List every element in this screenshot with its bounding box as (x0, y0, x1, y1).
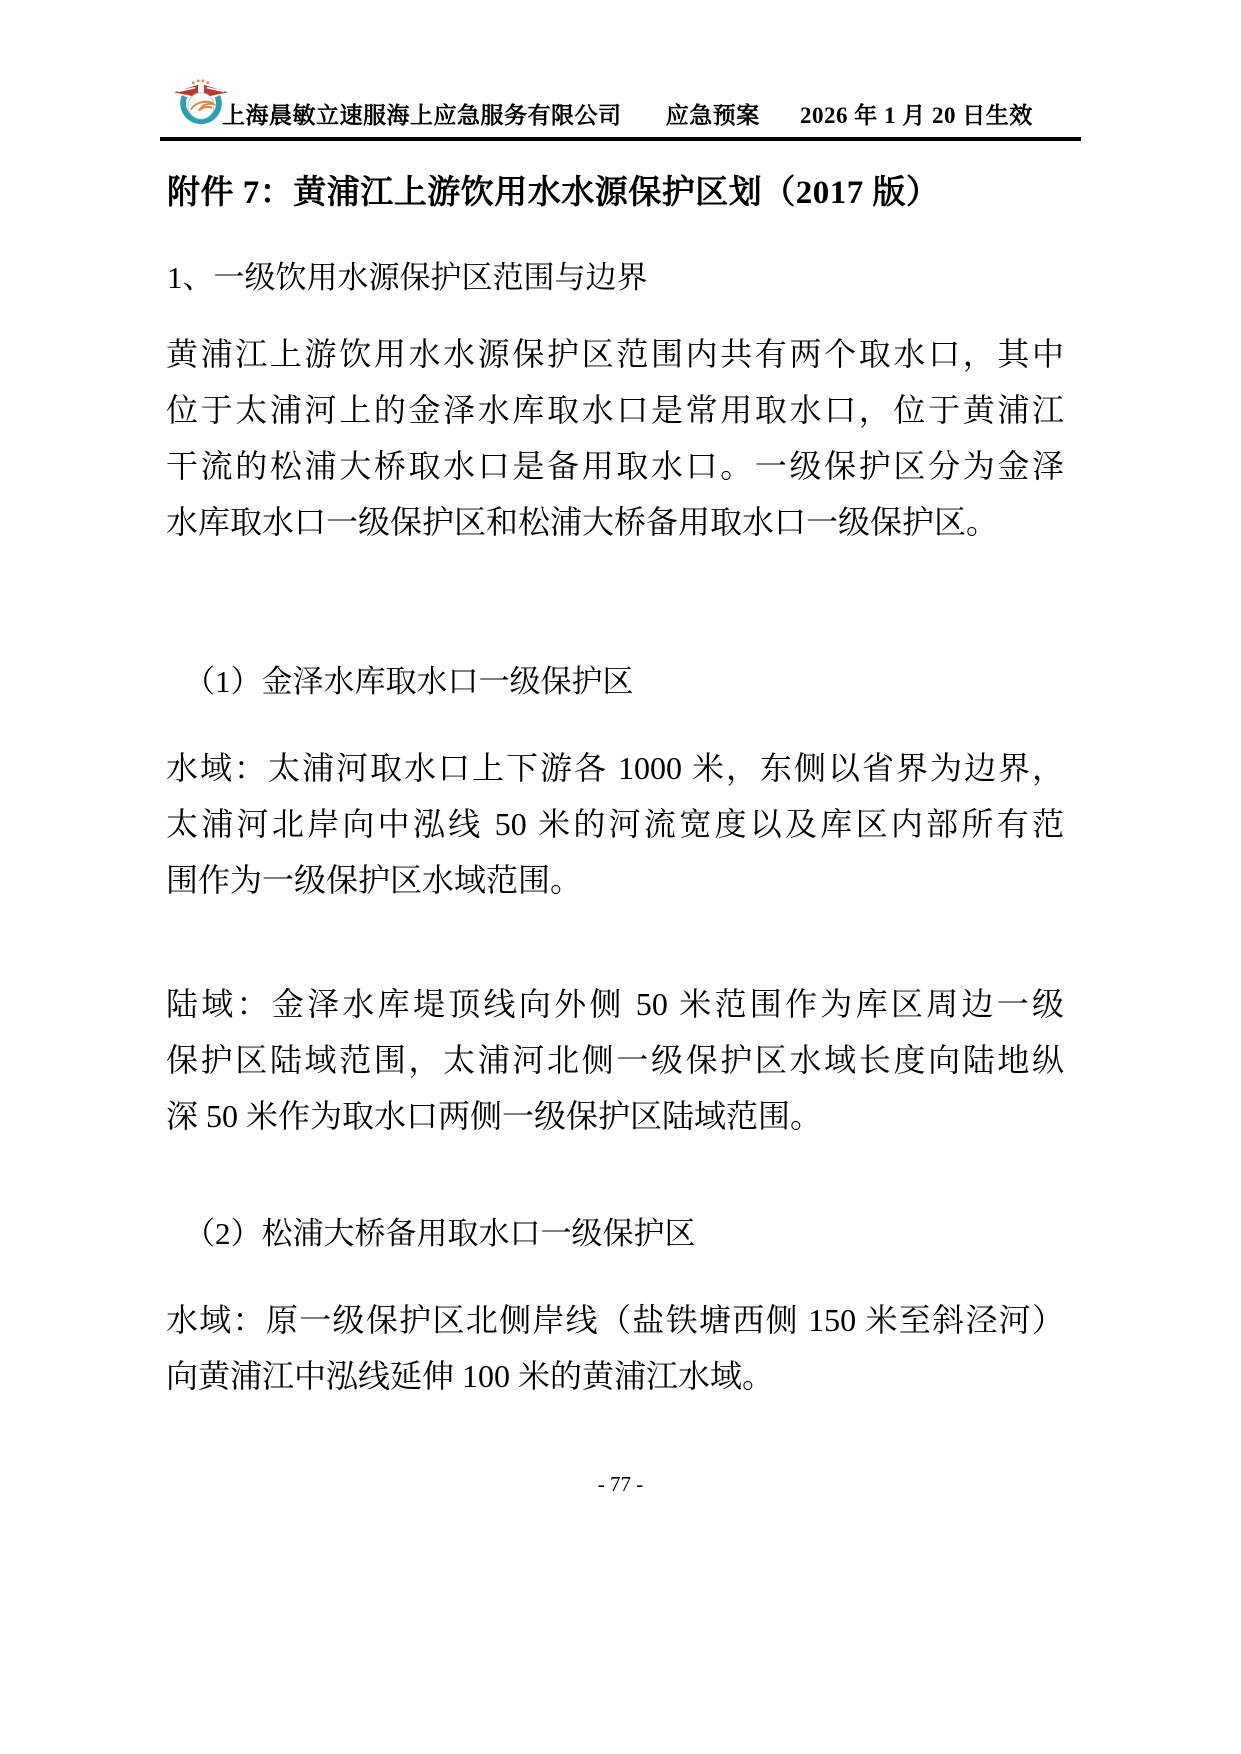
header-divider (160, 137, 1081, 141)
text-line: 保护区陆域范围，太浦河北侧一级保护区水域长度向陆地纵 (166, 1032, 1064, 1088)
text-line: 太浦河北岸向中泓线 50 米的河流宽度以及库区内部所有范 (166, 796, 1064, 852)
attachment-title: 附件 7：黄浦江上游饮用水水源保护区划（2017 版） (167, 166, 940, 213)
text-line: 黄浦江上游饮用水水源保护区范围内共有两个取水口，其中 (166, 326, 1064, 382)
effective-date: 2026 年 1 月 20 日生效 (800, 103, 1033, 128)
document-page: 上海晨敏立速服海上应急服务有限公司 应急预案 2026 年 1 月 20 日生效… (0, 0, 1241, 1754)
text-line: 深 50 米作为取水口两侧一级保护区陆域范围。 (166, 1088, 1064, 1144)
item-1-heading: （1）金泽水库取水口一级保护区 (184, 656, 634, 701)
text-line: 围作为一级保护区水域范围。 (166, 852, 1064, 908)
text-line: 向黄浦江中泓线延伸 100 米的黄浦江水域。 (166, 1348, 1064, 1404)
section-1-heading: 1、一级饮用水源保护区范围与边界 (167, 252, 648, 297)
paragraph-water-area-1: 水域：太浦河取水口上下游各 1000 米，东侧以省界为边界， 太浦河北岸向中泓线… (166, 740, 1064, 908)
company-name: 上海晨敏立速服海上应急服务有限公司 (222, 103, 622, 128)
item-2-heading: （2）松浦大桥备用取水口一级保护区 (184, 1208, 696, 1253)
doc-type-label: 应急预案 (666, 103, 760, 128)
paragraph-intro: 黄浦江上游饮用水水源保护区范围内共有两个取水口，其中 位于太浦河上的金泽水库取水… (166, 326, 1064, 550)
paragraph-water-area-2: 水域：原一级保护区北侧岸线（盐铁塘西侧 150 米至斜泾河） 向黄浦江中泓线延伸… (166, 1292, 1064, 1404)
header-text: 上海晨敏立速服海上应急服务有限公司 应急预案 2026 年 1 月 20 日生效 (222, 97, 1033, 130)
page-number: - 77 - (0, 1472, 1241, 1497)
text-line: 水库取水口一级保护区和松浦大桥备用取水口一级保护区。 (166, 494, 1064, 550)
text-line: 水域：太浦河取水口上下游各 1000 米，东侧以省界为边界， (166, 740, 1064, 796)
text-line: 陆域：金泽水库堤顶线向外侧 50 米范围作为库区周边一级 (166, 976, 1064, 1032)
text-line: 干流的松浦大桥取水口是备用取水口。一级保护区分为金泽 (166, 438, 1064, 494)
text-line: 位于太浦河上的金泽水库取水口是常用取水口，位于黄浦江 (166, 382, 1064, 438)
text-line: 水域：原一级保护区北侧岸线（盐铁塘西侧 150 米至斜泾河） (166, 1292, 1064, 1348)
paragraph-land-area: 陆域：金泽水库堤顶线向外侧 50 米范围作为库区周边一级 保护区陆域范围，太浦河… (166, 976, 1064, 1144)
